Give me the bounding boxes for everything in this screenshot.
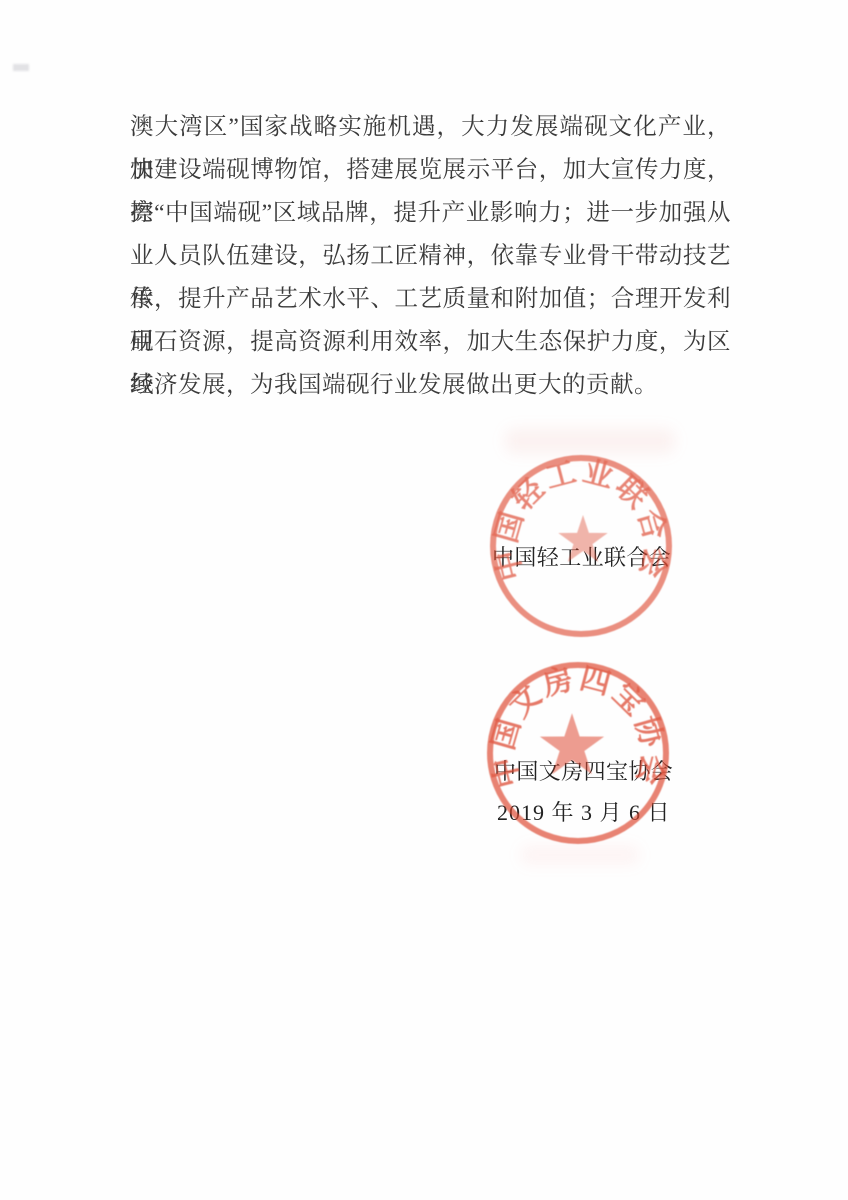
body-line: 经济发展，为我国端砚行业发展做出更大的贡献。: [130, 364, 731, 407]
seal-light-industry-council: 中国轻工业联合会: [481, 446, 681, 646]
body-line: 砚石资源，提高资源利用效率，加大生态保护力度，为区域: [130, 321, 731, 364]
body-line: 亮“中国端砚”区域品牌，提升产业影响力；进一步加强从: [130, 192, 731, 235]
seal-stationery-association: 中国文房四宝协会: [478, 653, 678, 853]
svg-text:中国轻工业联合会: 中国轻工业联合会: [490, 455, 673, 584]
seal-ring-text: 中国文房四宝协会: [487, 661, 670, 791]
document-page: 澳大湾区”国家战略实施机遇，大力发展端砚文化产业，加 快建设端砚博物馆，搭建展览…: [0, 0, 848, 1200]
scan-artifact: [13, 64, 29, 71]
star-icon: [558, 515, 607, 562]
body-line: 快建设端砚博物馆，搭建展览展示平台，加大宣传力度，擦: [130, 149, 731, 192]
body-line: 承，提升产品艺术水平、工艺质量和附加值；合理开发利用: [130, 278, 731, 321]
svg-text:中国文房四宝协会: 中国文房四宝协会: [487, 661, 670, 791]
body-paragraph: 澳大湾区”国家战略实施机遇，大力发展端砚文化产业，加 快建设端砚博物馆，搭建展览…: [130, 106, 731, 407]
seal-ring-text: 中国轻工业联合会: [490, 455, 673, 584]
body-line: 澳大湾区”国家战略实施机遇，大力发展端砚文化产业，加: [130, 106, 731, 149]
body-line: 业人员队伍建设，弘扬工匠精神，依靠专业骨干带动技艺传: [130, 235, 731, 278]
star-icon: [540, 713, 604, 774]
